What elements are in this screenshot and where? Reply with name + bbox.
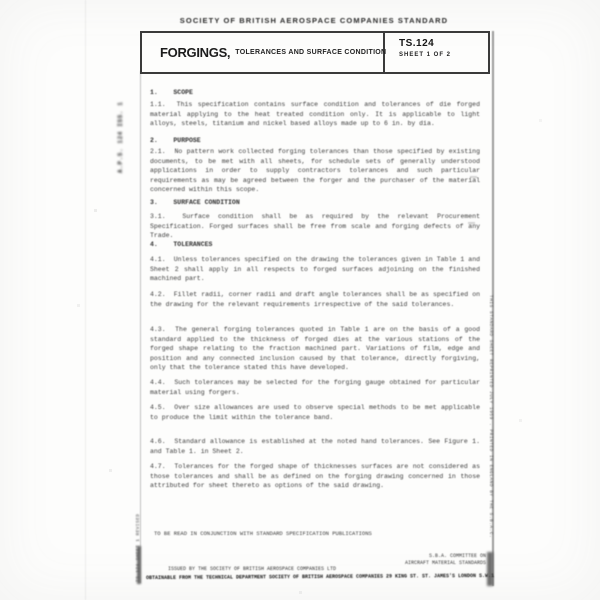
footer-committee-line1: S.B.A. COMMITTEE ON [400,553,486,560]
section-heading-purpose: 2. PURPOSE [150,136,480,146]
paragraph-4-6: 4.6. Standard allowance is established a… [150,437,480,456]
paragraph-1-1: 1.1. This specification contains surface… [150,100,480,129]
conjunction-footnote: TO BE READ IN CONJUNCTION WITH STANDARD … [154,530,454,537]
paragraph-4-7: 4.7. Tolerances for the forged shape of … [150,462,480,491]
margin-tick-mark [470,176,477,178]
section-heading-scope: 1. SCOPE [150,88,480,98]
scan-noise [0,0,1,1]
paragraph-4-1: 4.1. Unless tolerances specified on the … [150,255,480,284]
standard-org-heading: SOCIETY OF BRITISH AEROSPACE COMPANIES S… [140,16,488,25]
paragraph-2-1: 2.1. No pattern work collected forging t… [150,147,480,195]
document-title-main: FORGINGS, [160,45,230,60]
section-heading-tolerances: 4. TOLERANCES [150,240,480,250]
left-margin-stamp: A.P.S. 124 ISS. 1 [117,85,129,173]
footer-committee-line2: AIRCRAFT MATERIAL STANDARDS [400,560,486,567]
document-number: TS.124 [399,38,488,49]
scanned-document-page: SOCIETY OF BRITISH AEROSPACE COMPANIES S… [0,0,600,600]
title-block: FORGINGS, TOLERANCES AND SURFACE CONDITI… [140,31,490,74]
paragraph-4-3: 4.3. The general forging tolerances quot… [150,325,480,373]
section-heading-surface-condition: 3. SURFACE CONDITION [150,198,480,208]
paragraph-4-5: 4.5. Over size allowances are used to ob… [150,403,480,422]
document-number-cell: TS.124 SHEET 1 OF 2 [385,33,488,72]
paragraph-4-4: 4.4. Such tolerances may be selected for… [150,378,480,397]
bottom-left-ink-smudge [137,546,141,584]
footer-address-line: OBTAINABLE FROM THE TECHNICAL DEPARTMENT… [146,573,498,581]
document-title-sub: TOLERANCES AND SURFACE CONDITION [235,49,386,56]
page-edge-shadow [85,0,86,600]
footer-committee-block: S.B.A. COMMITTEE ON AIRCRAFT MATERIAL ST… [400,553,486,567]
document-title-cell: FORGINGS, TOLERANCES AND SURFACE CONDITI… [142,33,385,72]
right-margin-print-note: THIS STANDARD SHEET REPRINTED JULY 1959 … [484,295,493,587]
footer-issued-line: ISSUED BY THE SOCIETY OF BRITISH AEROSPA… [168,566,378,572]
bottom-right-ink-smudge [487,552,493,586]
margin-tick-mark [468,222,475,224]
sheet-number: SHEET 1 OF 2 [399,52,488,58]
paragraph-3-1: 3.1. Surface condition shall be as requi… [150,212,480,241]
paragraph-4-2: 4.2. Fillet radii, corner radii and draf… [150,290,480,309]
